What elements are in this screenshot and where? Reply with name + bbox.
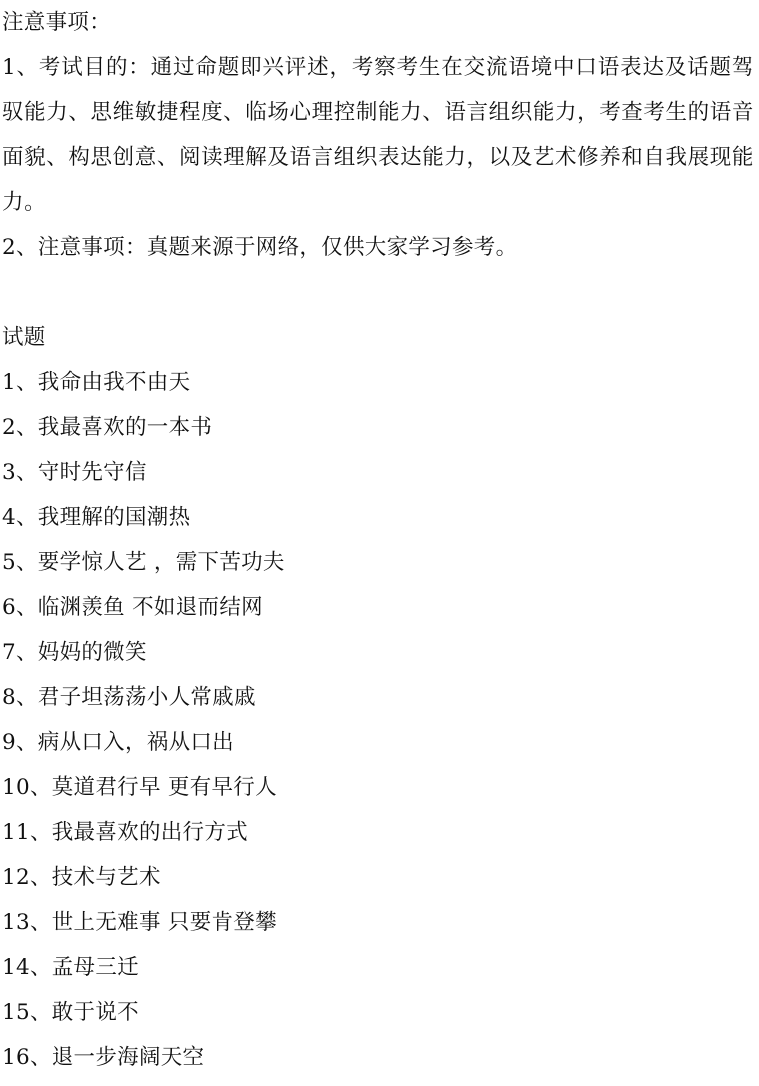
- question-item: 2、我最喜欢的一本书: [2, 405, 754, 450]
- question-item: 5、要学惊人艺 ，需下苦功夫: [2, 540, 754, 585]
- question-item: 1、我命由我不由天: [2, 360, 754, 405]
- question-item: 8、君子坦荡荡小人常戚戚: [2, 675, 754, 720]
- questions-list: 1、我命由我不由天 2、我最喜欢的一本书 3、守时先守信 4、我理解的国潮热 5…: [2, 360, 754, 1080]
- question-item: 12、技术与艺术: [2, 855, 754, 900]
- notes-paragraph-purpose: 1、考试目的：通过命题即兴评述，考察考生在交流语境中口语表达及话题驾驭能力、思维…: [2, 45, 754, 225]
- question-item: 15、敢于说不: [2, 990, 754, 1035]
- questions-heading: 试题: [2, 315, 754, 360]
- question-item: 10、莫道君行早 更有早行人: [2, 765, 754, 810]
- notes-paragraph-disclaimer: 2、注意事项：真题来源于网络，仅供大家学习参考。: [2, 225, 754, 270]
- question-item: 11、我最喜欢的出行方式: [2, 810, 754, 855]
- notes-heading: 注意事项：: [2, 0, 754, 45]
- question-item: 7、妈妈的微笑: [2, 630, 754, 675]
- question-item: 9、病从口入，祸从口出: [2, 720, 754, 765]
- question-item: 13、世上无难事 只要肯登攀: [2, 900, 754, 945]
- question-item: 3、守时先守信: [2, 450, 754, 495]
- document: 注意事项： 1、考试目的：通过命题即兴评述，考察考生在交流语境中口语表达及话题驾…: [2, 0, 754, 1080]
- question-item: 6、临渊羡鱼 不如退而结网: [2, 585, 754, 630]
- question-item: 4、我理解的国潮热: [2, 495, 754, 540]
- question-item: 14、孟母三迁: [2, 945, 754, 990]
- section-spacer: [2, 270, 754, 315]
- question-item: 16、退一步海阔天空: [2, 1035, 754, 1080]
